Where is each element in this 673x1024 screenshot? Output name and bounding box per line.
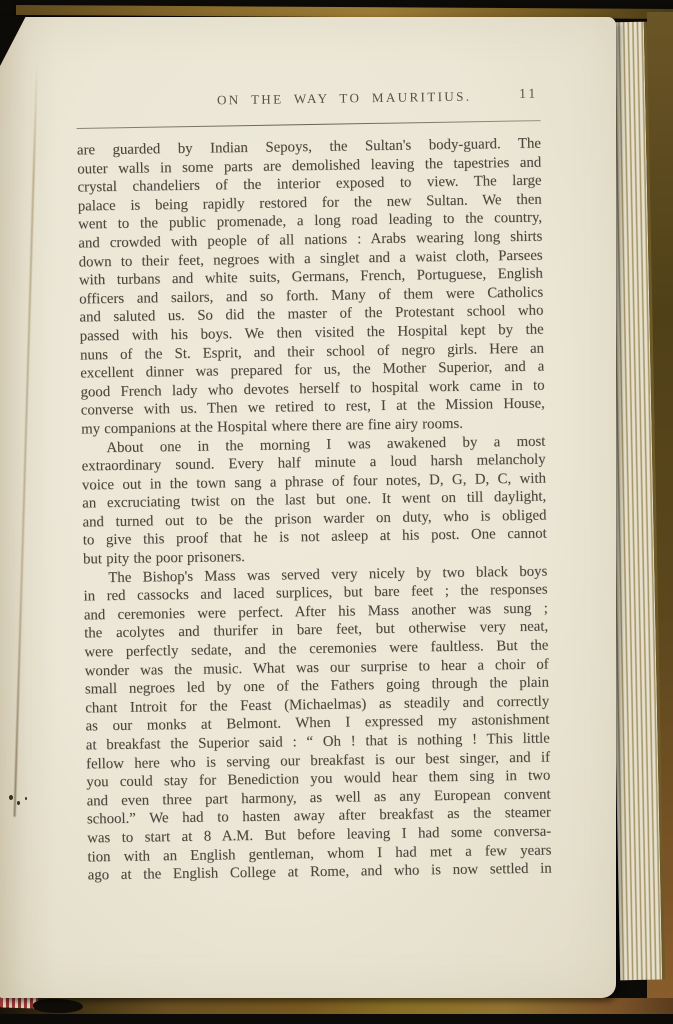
running-title: ON THE WAY TO MAURITIUS. — [112, 87, 576, 110]
body-text: are guarded by Indian Sepoys, the Sultan… — [77, 135, 552, 886]
bottom-shadow — [33, 999, 83, 1013]
page-speck — [25, 797, 27, 800]
paragraph: The Bishop's Mass was served very nicely… — [83, 562, 552, 885]
page-number: 11 — [519, 86, 538, 102]
book-photo: ON THE WAY TO MAURITIUS. 11 are guarded … — [0, 0, 673, 1024]
paragraph: About one in the morning I was awakened … — [81, 432, 547, 569]
page-header: ON THE WAY TO MAURITIUS. 11 — [76, 88, 540, 113]
paragraph: are guarded by Indian Sepoys, the Sultan… — [77, 135, 545, 439]
page-speck — [17, 801, 20, 805]
header-rule — [77, 120, 541, 129]
page-speck — [9, 795, 13, 800]
book-page: ON THE WAY TO MAURITIUS. 11 are guarded … — [0, 17, 616, 998]
page-content: ON THE WAY TO MAURITIUS. 11 are guarded … — [76, 88, 552, 886]
gutter-shade — [0, 17, 58, 998]
book-bottom-edge — [0, 998, 673, 1014]
